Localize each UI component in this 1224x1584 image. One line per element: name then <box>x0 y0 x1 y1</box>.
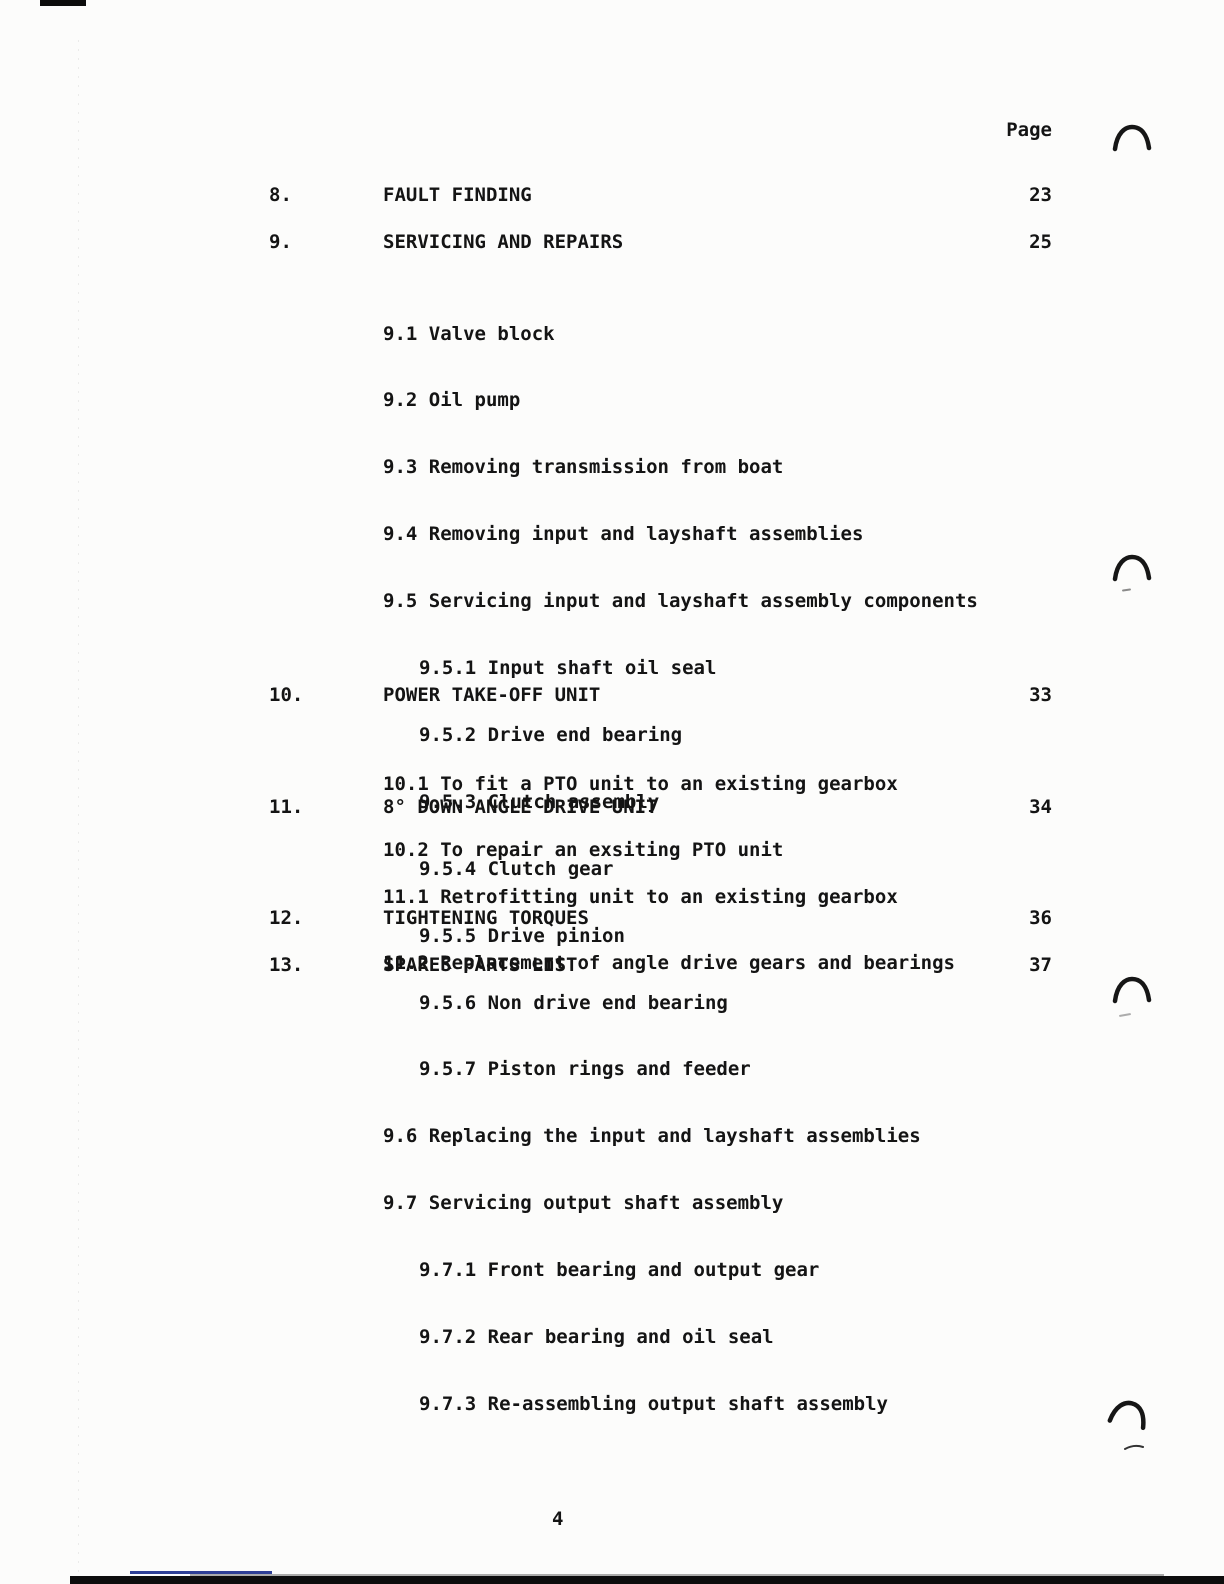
toc-section-row: 13. SPARES PARTS LIST 37 <box>269 954 1052 976</box>
toc-subsection: 9.1 Valve block <box>383 323 978 345</box>
binder-ring-icon <box>1112 976 1152 1004</box>
section-page: 23 <box>1029 184 1052 206</box>
section-number: 13. <box>269 954 383 976</box>
section-title: 8° DOWN ANGLE DRIVE UNIT <box>383 796 1029 818</box>
toc-subsection: 9.4 Removing input and layshaft assembli… <box>383 523 978 545</box>
section-title: POWER TAKE-OFF UNIT <box>383 684 1029 706</box>
section-title: SPARES PARTS LIST <box>383 954 1029 976</box>
toc-section-row: 9. SERVICING AND REPAIRS 25 <box>269 231 1052 253</box>
section-page: 25 <box>1029 231 1052 253</box>
toc-subsection: 9.7 Servicing output shaft assembly <box>383 1192 978 1214</box>
toc-subsection: 9.3 Removing transmission from boat <box>383 456 978 478</box>
scan-speck <box>1124 1436 1144 1444</box>
toc-subsection: 11.1 Retrofitting unit to an existing ge… <box>383 886 955 908</box>
toc-subsection: 9.6 Replacing the input and layshaft ass… <box>383 1125 978 1147</box>
binder-ring-icon <box>1112 124 1152 152</box>
section-number: 12. <box>269 907 383 929</box>
section-title: SERVICING AND REPAIRS <box>383 231 1029 253</box>
section-page: 36 <box>1029 907 1052 929</box>
section-page: 34 <box>1029 796 1052 818</box>
scanned-manual-page: Page 8. FAULT FINDING 23 9. SERVICING AN… <box>0 0 1224 1584</box>
section-page: 33 <box>1029 684 1052 706</box>
toc-subsection: 9.5.1 Input shaft oil seal <box>383 657 978 679</box>
toc-subsection: 9.5 Servicing input and layshaft assembl… <box>383 590 978 612</box>
binder-ring-icon <box>1112 554 1152 582</box>
section-number: 9. <box>269 231 383 253</box>
toc-section-row: 11. 8° DOWN ANGLE DRIVE UNIT 34 <box>269 796 1052 818</box>
toc-section-row: 8. FAULT FINDING 23 <box>269 184 1052 206</box>
section-number: 11. <box>269 796 383 818</box>
toc-subsection: 9.7.1 Front bearing and output gear <box>383 1259 978 1281</box>
scan-artifact-top-bar <box>40 0 86 6</box>
toc-subsection: 9.2 Oil pump <box>383 389 978 411</box>
toc-subsection-list: 11.1 Retrofitting unit to an existing ge… <box>383 841 955 1019</box>
binder-ring-icon <box>1106 1396 1152 1433</box>
toc-subsection: 9.7.3 Re-assembling output shaft assembl… <box>383 1393 978 1415</box>
section-title: FAULT FINDING <box>383 184 1029 206</box>
toc-subsection: 10.1 To fit a PTO unit to an existing ge… <box>383 773 898 795</box>
toc-section-row: 12. TIGHTENING TORQUES 36 <box>269 907 1052 929</box>
scan-speck <box>1122 588 1131 591</box>
toc-subsection: 9.5.7 Piston rings and feeder <box>383 1058 978 1080</box>
section-number: 10. <box>269 684 383 706</box>
toc-section-row: 10. POWER TAKE-OFF UNIT 33 <box>269 684 1052 706</box>
section-title: TIGHTENING TORQUES <box>383 907 1029 929</box>
scan-artifact-left-edge <box>78 40 79 1572</box>
scan-speck <box>1119 1013 1131 1017</box>
page-column-header: Page <box>1006 119 1052 141</box>
footer-page-number: 4 <box>552 1508 563 1530</box>
section-page: 37 <box>1029 954 1052 976</box>
scan-artifact-bottom-bar <box>70 1576 1224 1584</box>
section-number: 8. <box>269 184 383 206</box>
toc-subsection: 9.7.2 Rear bearing and oil seal <box>383 1326 978 1348</box>
